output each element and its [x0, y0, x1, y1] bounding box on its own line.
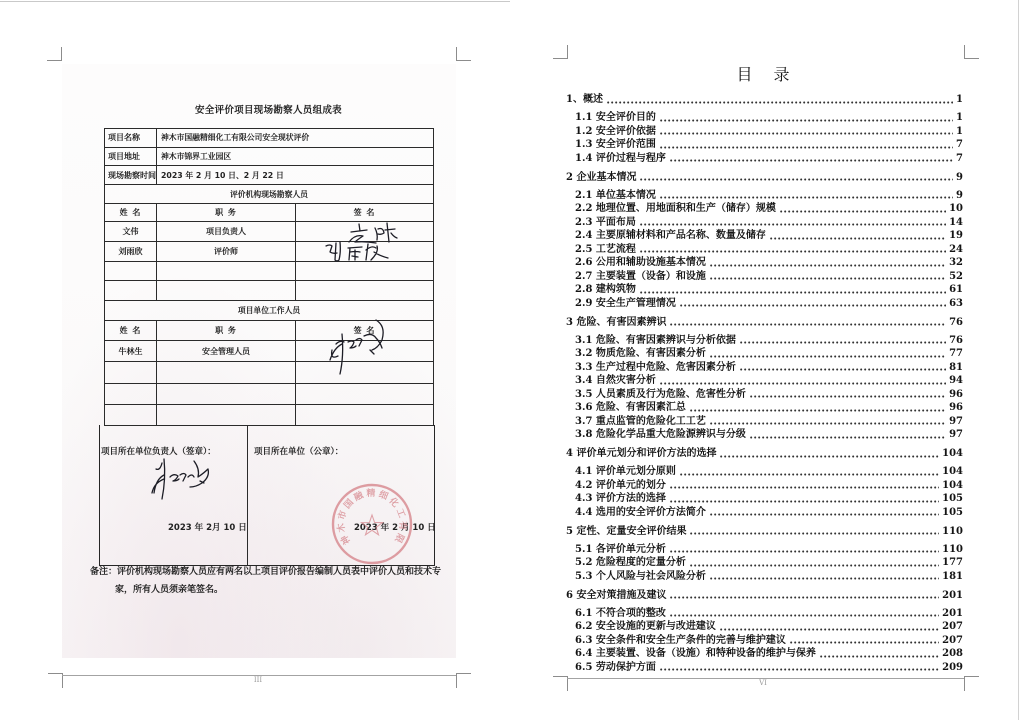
staff-role: 评价师 — [157, 241, 296, 261]
toc-entry-title: 3.1 危险、有害因素辨识与分析依据 — [575, 334, 736, 348]
info-label: 项目地址 — [105, 147, 157, 166]
dot-leader — [710, 277, 946, 280]
info-row-project-address: 项目地址 神木市锦界工业园区 — [105, 147, 434, 166]
dot-leader — [750, 436, 946, 439]
toc-entry[interactable]: 3.2 物质危险、有害因素分析77 — [566, 347, 963, 361]
toc-entry-page: 105 — [942, 492, 963, 506]
toc-entry-title: 5.2 危险程度的定量分析 — [575, 556, 686, 570]
toc-entry-page: 1 — [956, 125, 963, 139]
dot-leader — [640, 250, 946, 253]
toc-entry-title: 2.2 地理位置、用地面积和生产（储存）规模 — [575, 202, 776, 216]
toc-entry-page: 81 — [949, 361, 963, 375]
crop-mark — [456, 673, 471, 688]
toc-entry-page: 104 — [942, 479, 963, 493]
dot-leader — [720, 628, 939, 631]
toc-entry[interactable]: 1.1 安全评价目的1 — [566, 111, 963, 125]
seal-star-icon — [362, 515, 383, 535]
dot-leader — [670, 159, 953, 162]
crop-mark — [964, 676, 979, 691]
toc-entry[interactable]: 5.3 个人风险与社会风险分析181 — [566, 570, 963, 584]
dot-leader — [670, 500, 939, 503]
dot-leader — [640, 223, 946, 226]
toc-entry-page: 96 — [949, 401, 963, 415]
dot-leader — [750, 395, 946, 398]
dot-leader — [660, 132, 953, 135]
toc-entry[interactable]: 3.3 生产过程中危险、危害因素分析81 — [566, 361, 963, 375]
staff-role: 安全管理人员 — [157, 341, 296, 362]
evaluator-section-title: 评价机构现场勘察人员 — [105, 185, 434, 204]
staff-role — [157, 362, 296, 383]
approval-divider — [247, 425, 248, 565]
staff-name — [105, 383, 157, 404]
toc-entry[interactable]: 3.7 重点监管的危险化工工艺97 — [566, 415, 963, 429]
toc-entry-page: 104 — [942, 447, 963, 461]
toc-entry-title: 4.4 选用的安全评价方法简介 — [575, 506, 706, 520]
toc-entry-page: 201 — [942, 589, 963, 603]
toc-entry-title: 5.3 个人风险与社会风险分析 — [575, 570, 706, 584]
dot-leader — [790, 641, 939, 644]
toc-entry-page: 9 — [956, 171, 963, 185]
toc-entry-title: 1.3 安全评价范围 — [575, 138, 656, 152]
toc-entry[interactable]: 3.8 危险化学品重大危险源辨识与分级97 — [566, 428, 963, 442]
form-title: 安全评价项目现场勘察人员组成表 — [104, 102, 433, 116]
crop-mark — [47, 47, 62, 61]
toc-entry-title: 4.1 评价单元划分原则 — [575, 465, 676, 479]
toc-entry-page: 177 — [942, 556, 963, 570]
toc-entry-page: 76 — [949, 334, 963, 348]
toc-entry[interactable]: 5 定性、定量安全评价结果110 — [566, 525, 963, 539]
header-signature: 签 名 — [296, 204, 434, 222]
crop-mark — [553, 676, 568, 691]
dot-leader — [690, 564, 939, 567]
toc-entry-page: 97 — [949, 428, 963, 442]
dot-leader — [670, 596, 939, 599]
toc-entry-title: 3.5 人员素质及行为危险、危害性分析 — [575, 388, 746, 402]
table-of-contents: 1、概述11.1 安全评价目的11.2 安全评价依据11.3 安全评价范围71.… — [566, 93, 963, 674]
toc-entry[interactable]: 3.1 危险、有害因素辨识与分析依据76 — [566, 334, 963, 348]
staff-signature-cell — [296, 383, 434, 404]
crop-mark — [48, 673, 63, 688]
dot-leader — [710, 513, 939, 516]
toc-entry-page: 19 — [949, 229, 963, 243]
toc-entry[interactable]: 2.2 地理位置、用地面积和生产（储存）规模10 — [566, 202, 963, 216]
unit-seal-label: 项目所在单位（公章）： — [254, 445, 343, 457]
dot-leader — [740, 368, 946, 371]
toc-entry-page: 209 — [942, 661, 963, 675]
toc-entry-page: 97 — [949, 415, 963, 429]
staff-role — [157, 383, 296, 404]
toc-entry[interactable]: 1.2 安全评价依据1 — [566, 125, 963, 139]
toc-entry-page: 52 — [949, 270, 963, 284]
toc-entry-page: 1 — [956, 111, 963, 125]
info-label: 项目名称 — [105, 129, 157, 148]
toc-entry-title: 1.2 安全评价依据 — [575, 125, 656, 139]
page-number: III — [238, 676, 278, 684]
toc-entry[interactable]: 4.4 选用的安全评价方法简介105 — [566, 506, 963, 520]
signature-niu-linsheng — [326, 316, 392, 380]
toc-entry-page: 96 — [949, 388, 963, 402]
toc-entry-page: 77 — [949, 347, 963, 361]
toc-entry-page: 7 — [956, 138, 963, 152]
toc-entry[interactable]: 6.4 主要装置、设备（设施）和特种设备的维护与保养208 — [566, 647, 963, 661]
toc-entry[interactable]: 5.1 各评价单元分析110 — [566, 543, 963, 557]
toc-entry-title: 5.1 各评价单元分析 — [575, 543, 666, 557]
toc-entry-title: 1、概述 — [566, 93, 603, 107]
header-role: 职 务 — [157, 321, 296, 341]
dot-leader — [660, 668, 939, 671]
info-row-survey-time: 现场勘察时间 2023 年 2 月 10 日、2 月 22 日 — [105, 166, 434, 185]
dot-leader — [660, 119, 953, 122]
toc-entry[interactable]: 2 企业基本情况9 — [566, 171, 963, 185]
toc-entry-page: 63 — [949, 297, 963, 311]
toc-entry-page: 207 — [942, 620, 963, 634]
toc-entry-title: 6.4 主要装置、设备（设施）和特种设备的维护与保养 — [575, 647, 816, 661]
crop-mark — [553, 45, 568, 59]
section-title-row: 评价机构现场勘察人员 — [105, 185, 434, 204]
staff-row — [105, 281, 434, 301]
toc-entry-title: 4.3 评价方法的选择 — [575, 492, 666, 506]
toc-entry[interactable]: 6.5 劳动保护方面209 — [566, 661, 963, 675]
toc-entry[interactable]: 4 评价单元划分和评价方法的选择104 — [566, 447, 963, 461]
toc-entry-title: 3.7 重点监管的危险化工工艺 — [575, 415, 706, 429]
toc-entry-page: 110 — [942, 543, 963, 557]
toc-entry[interactable]: 3.6 危险、有害因素汇总96 — [566, 401, 963, 415]
dot-leader — [670, 614, 939, 617]
dot-leader — [680, 304, 946, 307]
staff-role — [157, 261, 296, 281]
dot-leader — [740, 341, 946, 344]
official-seal-stamp: 神木市国融精细化工有限公司 — [330, 482, 414, 566]
crop-mark — [964, 45, 979, 59]
crop-mark — [456, 47, 471, 61]
info-row-project-name: 项目名称 神木市国融精细化工有限公司安全现状评价 — [105, 129, 434, 148]
dot-leader — [660, 146, 953, 149]
dot-leader — [660, 382, 946, 385]
toc-entry-page: 61 — [949, 283, 963, 297]
info-value: 神木市国融精细化工有限公司安全现状评价 — [157, 129, 434, 148]
staff-name — [105, 404, 157, 425]
toc-entry-page: 201 — [942, 607, 963, 621]
form-note: 备注：评价机构现场勘察人员应有两名以上项目评价报告编制人员表中评价人员和技术专家… — [90, 563, 448, 599]
toc-entry-page: 94 — [949, 374, 963, 388]
page-number: VI — [743, 679, 783, 687]
toc-entry[interactable]: 1.4 评价过程与程序7 — [566, 152, 963, 166]
staff-role — [157, 281, 296, 301]
toc-entry-title: 6.3 安全条件和安全生产条件的完善与维护建议 — [575, 634, 786, 648]
toc-entry-title: 2.5 工艺流程 — [575, 243, 636, 257]
toc-title: 目 录 — [667, 62, 867, 85]
header-name: 姓 名 — [105, 321, 157, 341]
toc-entry-title: 6 安全对策措施及建议 — [566, 589, 666, 603]
toc-entry-page: 105 — [942, 506, 963, 520]
info-label: 现场勘察时间 — [105, 166, 157, 185]
toc-entry-page: 208 — [942, 647, 963, 661]
toc-entry-page: 24 — [949, 243, 963, 257]
toc-entry-title: 2.7 主要装置（设备）和设施 — [575, 270, 706, 284]
toc-entry-page: 110 — [942, 525, 963, 539]
staff-signature-cell — [296, 261, 434, 281]
toc-entry-title: 1.4 评价过程与程序 — [575, 152, 666, 166]
staff-name: 文伟 — [105, 222, 157, 242]
toc-entry-title: 3.2 物质危险、有害因素分析 — [575, 347, 706, 361]
toc-entry[interactable]: 4.3 评价方法的选择105 — [566, 492, 963, 506]
header-role: 职 务 — [157, 204, 296, 222]
toc-entry[interactable]: 3.5 人员素质及行为危险、危害性分析96 — [566, 388, 963, 402]
toc-entry-title: 4.2 评价单元的划分 — [575, 479, 666, 493]
toc-entry-page: 181 — [942, 570, 963, 584]
toc-entry[interactable]: 5.2 危险程度的定量分析177 — [566, 556, 963, 570]
toc-entry[interactable]: 3.4 自然灾害分析94 — [566, 374, 963, 388]
toc-entry[interactable]: 2.4 主要原辅材料和产品名称、数量及储存19 — [566, 229, 963, 243]
toc-entry-title: 6.5 劳动保护方面 — [575, 661, 656, 675]
page-edge-top — [0, 1, 510, 2]
toc-entry-title: 2.8 建构筑物 — [575, 283, 636, 297]
page-edge-right — [1018, 0, 1019, 720]
note-label: 备注： — [90, 567, 117, 577]
dot-leader — [710, 355, 946, 358]
toc-entry-title: 3.4 自然灾害分析 — [575, 374, 656, 388]
staff-role — [157, 404, 296, 425]
toc-entry[interactable]: 2.6 公用和辅助设施基本情况32 — [566, 256, 963, 270]
dot-leader — [780, 210, 946, 213]
signature-responsible-person — [148, 455, 216, 505]
dot-leader — [690, 532, 939, 535]
staff-name — [105, 261, 157, 281]
dot-leader — [710, 264, 946, 267]
toc-entry[interactable]: 6.1 不符合项的整改201 — [566, 607, 963, 621]
toc-entry-page: 7 — [956, 152, 963, 166]
staff-row — [105, 261, 434, 281]
toc-entry-page: 10 — [949, 202, 963, 216]
toc-entry[interactable]: 6.2 安全设施的更新与改进建议207 — [566, 620, 963, 634]
toc-entry-title: 6.1 不符合项的整改 — [575, 607, 666, 621]
toc-entry[interactable]: 2.7 主要装置（设备）和设施52 — [566, 270, 963, 284]
signature-liu-yuxin — [322, 240, 394, 264]
staff-name — [105, 281, 157, 301]
dot-leader — [640, 291, 946, 294]
toc-entry-title: 2.1 单位基本情况 — [575, 189, 656, 203]
toc-entry-page: 32 — [949, 256, 963, 270]
toc-entry-title: 3.6 危险、有害因素汇总 — [575, 401, 686, 415]
note-text: 评价机构现场勘察人员应有两名以上项目评价报告编制人员表中评价人员和技术专家，所有… — [115, 567, 441, 595]
dot-leader — [710, 422, 946, 425]
toc-entry[interactable]: 2.3 平面布局14 — [566, 216, 963, 230]
staff-signature-cell — [296, 281, 434, 301]
toc-entry-page: 9 — [956, 189, 963, 203]
toc-entry[interactable]: 2.5 工艺流程24 — [566, 243, 963, 257]
dot-leader — [660, 196, 953, 199]
staff-role: 项目负责人 — [157, 222, 296, 242]
header-name: 姓 名 — [105, 204, 157, 222]
toc-entry[interactable]: 2.9 安全生产管理情况63 — [566, 297, 963, 311]
toc-entry-title: 2.3 平面布局 — [575, 216, 636, 230]
toc-entry[interactable]: 3 危险、有害因素辨识76 — [566, 316, 963, 330]
toc-entry-title: 2 企业基本情况 — [566, 171, 636, 185]
staff-row — [105, 404, 434, 425]
staff-name: 刘雨欣 — [105, 241, 157, 261]
toc-entry-title: 2.6 公用和辅助设施基本情况 — [575, 256, 706, 270]
toc-entry-page: 1 — [956, 93, 963, 107]
toc-entry-page: 76 — [949, 316, 963, 330]
staff-signature-cell — [296, 404, 434, 425]
toc-entry[interactable]: 6 安全对策措施及建议201 — [566, 589, 963, 603]
toc-entry-title: 2.9 安全生产管理情况 — [575, 297, 676, 311]
toc-entry-title: 5 定性、定量安全评价结果 — [566, 525, 686, 539]
info-value: 2023 年 2 月 10 日、2 月 22 日 — [157, 166, 434, 185]
toc-entry-page: 104 — [942, 465, 963, 479]
dot-leader — [640, 178, 953, 181]
dot-leader — [720, 455, 939, 458]
toc-entry-title: 4 评价单元划分和评价方法的选择 — [566, 447, 716, 461]
toc-entry[interactable]: 4.2 评价单元的划分104 — [566, 479, 963, 493]
toc-entry-title: 6.2 安全设施的更新与改进建议 — [575, 620, 716, 634]
dot-leader — [820, 655, 939, 658]
toc-entry-page: 14 — [949, 216, 963, 230]
toc-entry[interactable]: 6.3 安全条件和安全生产条件的完善与维护建议207 — [566, 634, 963, 648]
staff-name: 牛林生 — [105, 341, 157, 362]
column-header-row: 姓 名 职 务 签 名 — [105, 204, 434, 222]
toc-entry-title: 3 危险、有害因素辨识 — [566, 316, 666, 330]
toc-entry-title: 3.3 生产过程中危险、危害因素分析 — [575, 361, 736, 375]
dot-leader — [690, 409, 946, 412]
toc-entry[interactable]: 2.8 建构筑物61 — [566, 283, 963, 297]
dot-leader — [607, 101, 953, 104]
toc-entry[interactable]: 1.3 安全评价范围7 — [566, 138, 963, 152]
toc-entry-title: 2.4 主要原辅材料和产品名称、数量及储存 — [575, 229, 766, 243]
toc-entry-title: 1.1 安全评价目的 — [575, 111, 656, 125]
toc-entry-title: 3.8 危险化学品重大危险源辨识与分级 — [575, 428, 746, 442]
dot-leader — [770, 237, 946, 240]
toc-entry[interactable]: 4.1 评价单元划分原则104 — [566, 465, 963, 479]
info-value: 神木市锦界工业园区 — [157, 147, 434, 166]
dot-leader — [670, 550, 939, 553]
dot-leader — [670, 323, 946, 326]
dot-leader — [680, 473, 939, 476]
staff-name — [105, 362, 157, 383]
survey-staff-table: 项目名称 神木市国融精细化工有限公司安全现状评价 项目地址 神木市锦界工业园区 … — [104, 128, 434, 426]
toc-entry[interactable]: 1、概述1 — [566, 93, 963, 107]
dot-leader — [670, 486, 939, 489]
toc-entry-page: 207 — [942, 634, 963, 648]
responsible-date: 2023 年 2月 10 日 — [168, 521, 247, 533]
dot-leader — [710, 577, 939, 580]
toc-entry[interactable]: 2.1 单位基本情况9 — [566, 189, 963, 203]
staff-row — [105, 383, 434, 404]
